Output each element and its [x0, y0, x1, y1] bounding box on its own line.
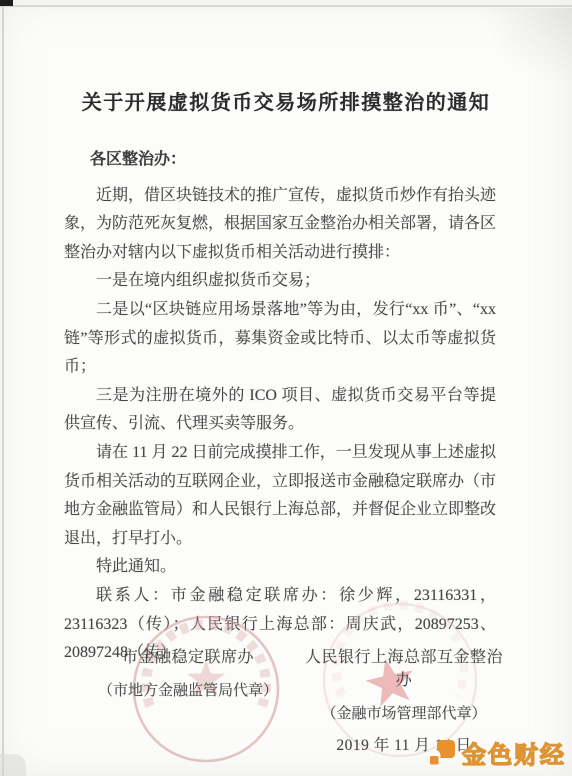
- scanned-notice-page: 关于开展虚拟货币交易场所排摸整治的通知 各区整治办： 近期，借区块链技术的推广宣…: [0, 0, 572, 776]
- paragraph-closing: 特此通知。: [64, 553, 496, 582]
- signature-right-note: （金融市场管理部代章）: [300, 702, 508, 723]
- jinse-finance-watermark: 金色财经: [429, 735, 566, 770]
- signature-right-name: 人民银行上海总部互金整治办: [300, 644, 508, 690]
- signature-left-note: （市地方金融监管局代章）: [92, 679, 284, 700]
- signature-left-name: 市金融稳定联席办: [92, 644, 284, 667]
- scan-edge-top: [0, 5, 572, 7]
- scan-smudge-bottom-left: [0, 754, 26, 776]
- salutation: 各区整治办：: [64, 146, 496, 175]
- jinse-logo-icon: [429, 739, 456, 766]
- paragraph-item-3: 三是为注册在境外的 ICO 项目、虚拟货币交易平台等提供宣传、引流、代理买卖等服…: [64, 382, 496, 439]
- scan-edge-left: [2, 6, 4, 776]
- scan-shade-top-right: [482, 8, 572, 88]
- document-title: 关于开展虚拟货币交易场所排摸整治的通知: [30, 86, 542, 115]
- scan-corner-artifact: [0, 0, 13, 6]
- document-body: 各区整治办： 近期，借区块链技术的推广宣传，虚拟货币炒作有抬头迹象，为防范死灰复…: [64, 146, 496, 668]
- paragraph-item-2: 二是以“区块链应用场景落地”等为由，发行“xx 币”、“xx 链”等形式的虚拟货…: [64, 296, 496, 382]
- jinse-brand-text: 金色财经: [462, 735, 566, 770]
- paragraph-item-1: 一是在境内组织虚拟货币交易；: [64, 267, 496, 296]
- signature-block-left: 市金融稳定联席办 （市地方金融监管局代章）: [92, 644, 284, 700]
- paragraph-intro: 近期，借区块链技术的推广宣传，虚拟货币炒作有抬头迹象，为防范死灰复燃，根据国家互…: [64, 182, 496, 268]
- paragraph-deadline: 请在 11 月 22 日前完成摸排工作，一旦发现从事上述虚拟货币相关活动的互联网…: [64, 439, 496, 553]
